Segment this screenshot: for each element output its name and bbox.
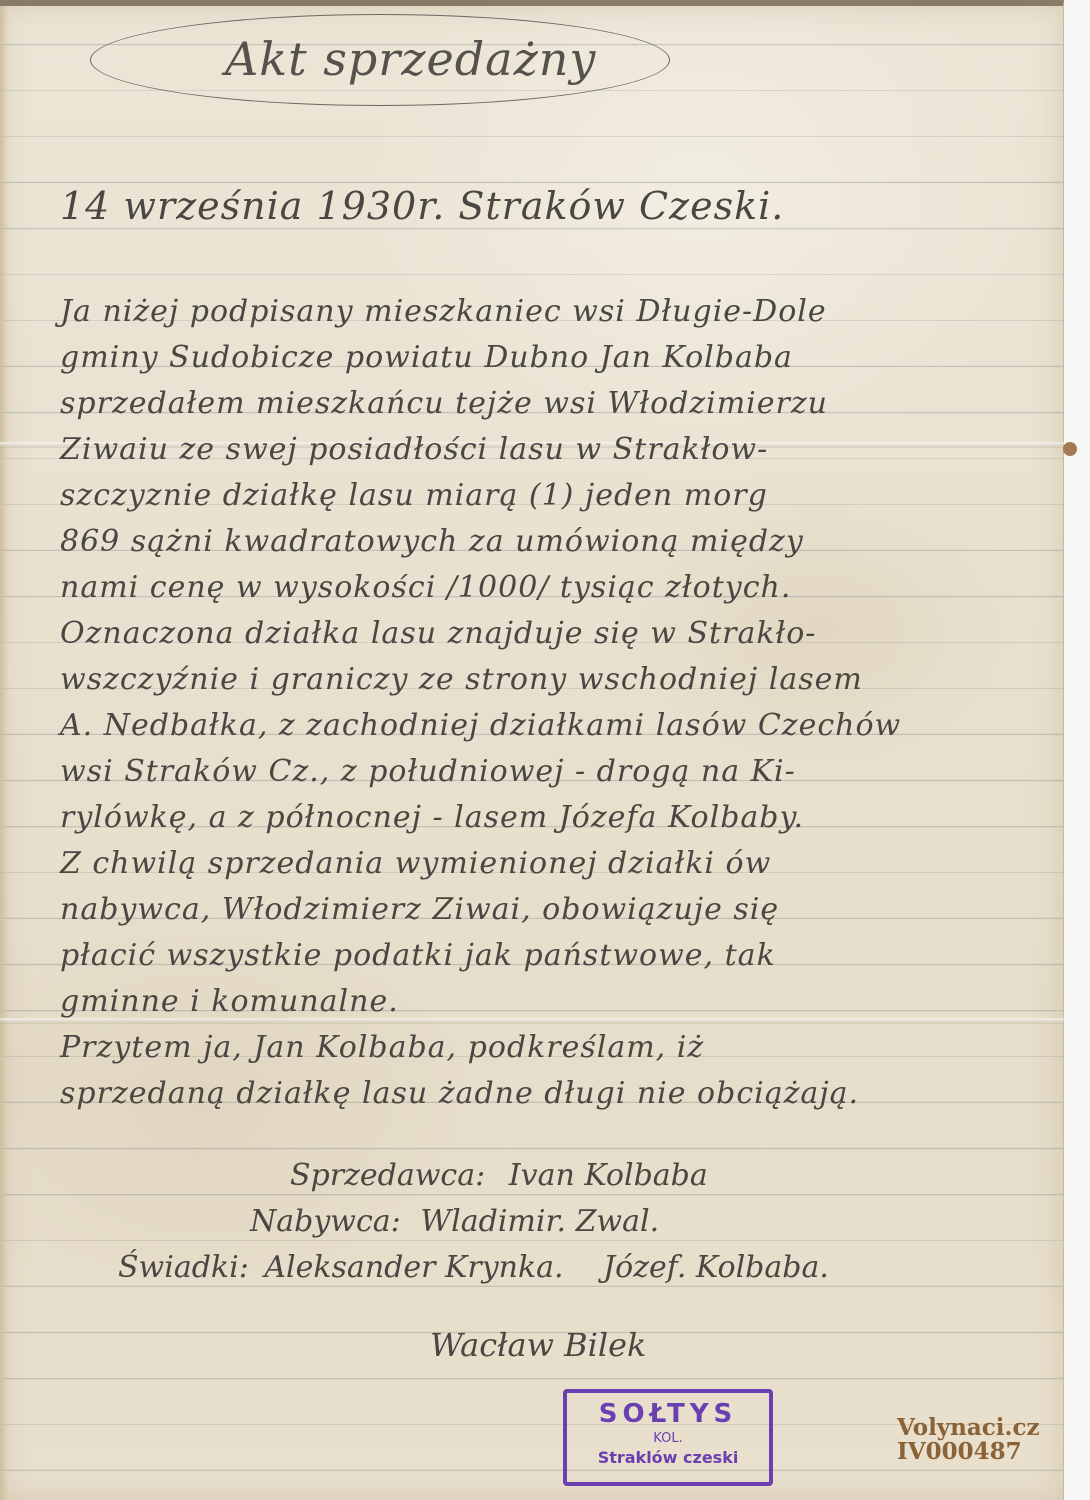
- official-signature: Wacław Bilek: [430, 1326, 646, 1364]
- body-line: sprzedaną działkę lasu żadne długi nie o…: [60, 1076, 859, 1111]
- body-line: nami cenę w wysokości /1000/ tysiąc złot…: [60, 570, 791, 605]
- buyer-signature-row: Nabywca: Wladimir. Zwal.: [250, 1204, 659, 1239]
- watermark-id: IV000487: [897, 1440, 1040, 1464]
- document-title: Akt sprzedażny: [225, 32, 596, 86]
- soltys-stamp: SOŁTYS KOL. Straklów czeski: [563, 1389, 773, 1486]
- body-line: Oznaczona działka lasu znajduje się w St…: [60, 616, 816, 651]
- stamp-subtitle: KOL.: [567, 1431, 769, 1446]
- body-line: sprzedałem mieszkańcu tejże wsi Włodzimi…: [60, 386, 828, 421]
- witness-1-name: Aleksander Krynka.: [264, 1250, 563, 1285]
- watermark-site: Volynaci.cz: [897, 1416, 1040, 1440]
- paper-edge: [0, 6, 8, 1500]
- witnesses-signature-row: Świadki: Aleksander Krynka. Józef. Kolba…: [118, 1250, 829, 1285]
- archive-watermark: Volynaci.cz IV000487: [897, 1416, 1040, 1464]
- seller-signature-row: Sprzedawca: Ivan Kolbaba: [290, 1158, 708, 1193]
- date-place-line: 14 września 1930r. Straków Czeski.: [60, 184, 784, 228]
- body-line: 869 sążni kwadratowych za umówioną międz…: [60, 524, 804, 559]
- buyer-label: Nabywca:: [250, 1204, 401, 1239]
- body-line: wszczyźnie i graniczy ze strony wschodni…: [60, 662, 863, 697]
- seller-label: Sprzedawca:: [290, 1158, 485, 1193]
- body-line: Ja niżej podpisany mieszkaniec wsi Długi…: [60, 294, 827, 329]
- body-line: płacić wszystkie podatki jak państwowe, …: [60, 938, 776, 973]
- body-line: szczyznie działkę lasu miarą (1) jeden m…: [60, 478, 768, 513]
- body-line: rylówkę, a z północnej - lasem Józefa Ko…: [60, 800, 804, 835]
- body-line: gminne i komunalne.: [60, 984, 399, 1019]
- paper-stain: [1063, 442, 1077, 456]
- body-line: Przytem ja, Jan Kolbaba, podkreślam, iż: [60, 1030, 704, 1065]
- document-paper: Akt sprzedażny 14 września 1930r. Strakó…: [0, 0, 1064, 1500]
- body-line: nabywca, Włodzimierz Ziwai, obowiązuje s…: [60, 892, 779, 927]
- seller-name: Ivan Kolbaba: [509, 1158, 708, 1193]
- body-line: A. Nedbałka, z zachodniej działkami lasó…: [60, 708, 901, 743]
- body-line: wsi Straków Cz., z południowej - drogą n…: [60, 754, 796, 789]
- witness-2-name: Józef. Kolbaba.: [603, 1250, 829, 1285]
- body-line: Ziwaiu ze swej posiadłości lasu w Strakł…: [60, 432, 768, 467]
- stamp-title: SOŁTYS: [567, 1399, 769, 1429]
- body-line: gminy Sudobicze powiatu Dubno Jan Kolbab…: [60, 340, 793, 375]
- body-line: Z chwilą sprzedania wymienionej działki …: [60, 846, 771, 881]
- buyer-name: Wladimir. Zwal.: [420, 1204, 659, 1239]
- stamp-place: Straklów czeski: [567, 1448, 769, 1467]
- witnesses-label: Świadki:: [118, 1250, 249, 1285]
